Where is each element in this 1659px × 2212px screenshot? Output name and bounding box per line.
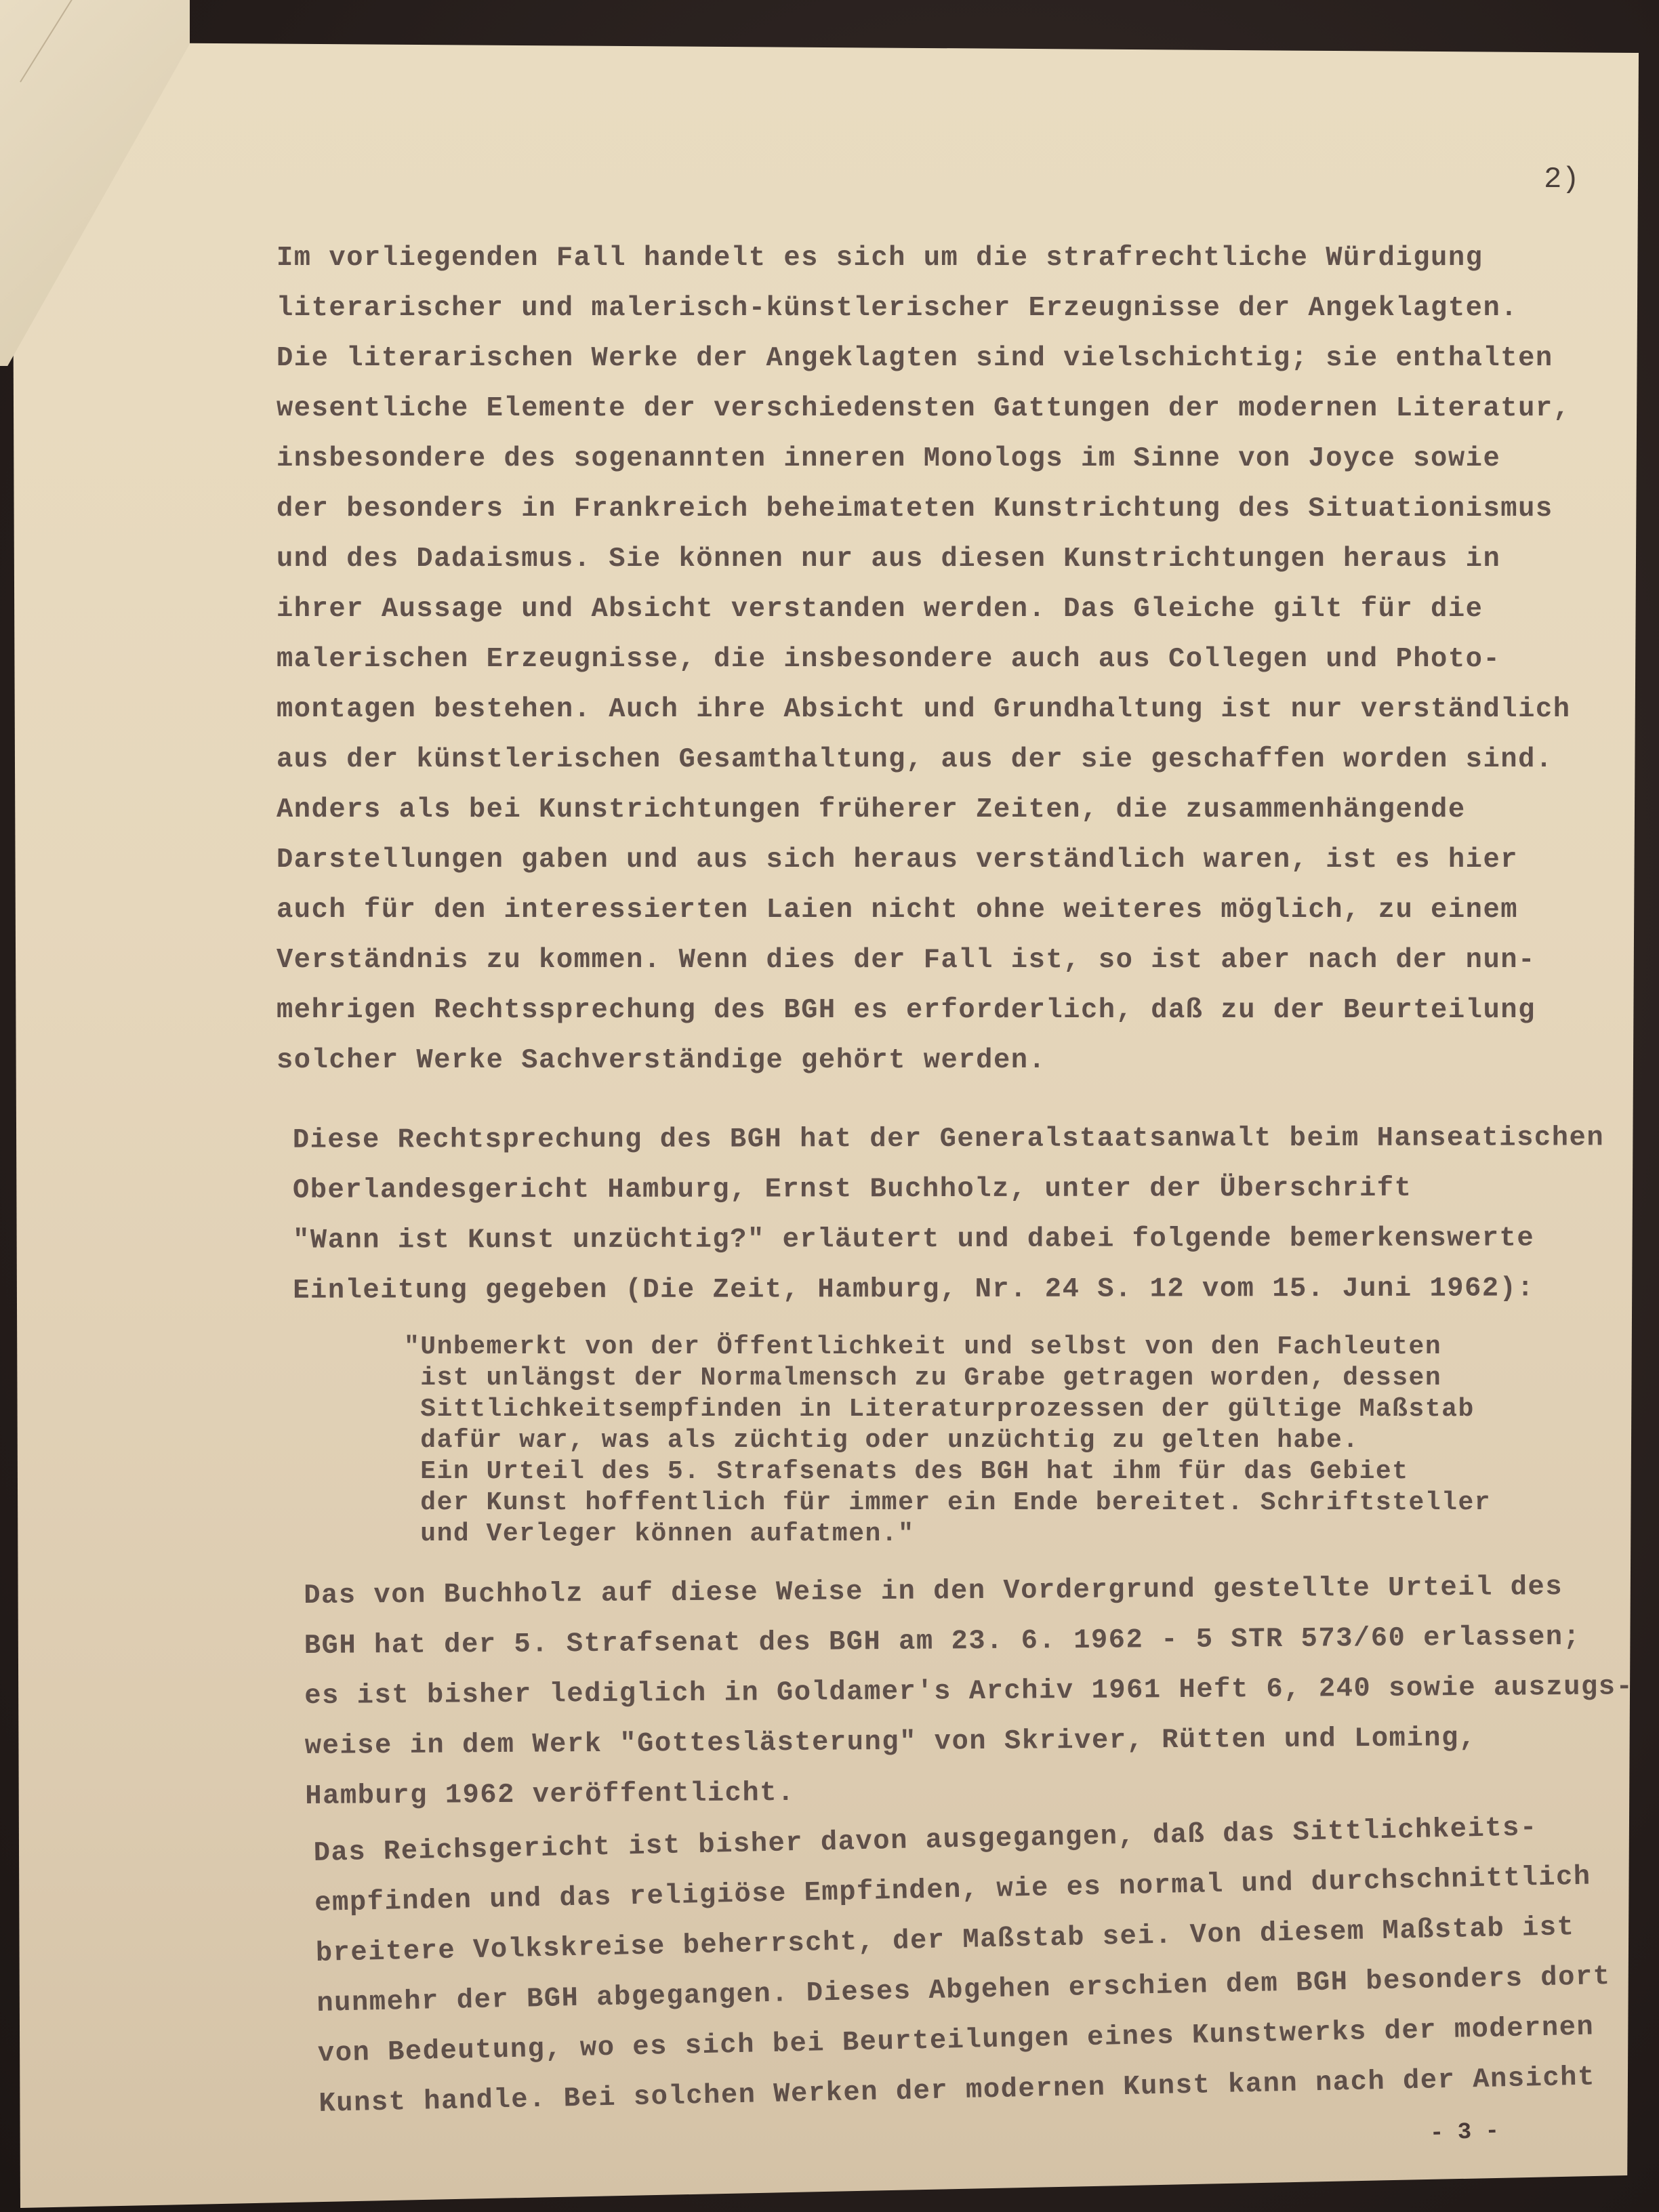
text-line: und des Dadaismus. Sie können nur aus di…	[276, 534, 1571, 584]
text-line: "Unbemerkt von der Öffentlichkeit und se…	[404, 1332, 1491, 1363]
text-line: malerischen Erzeugnisse, die insbesonder…	[276, 634, 1571, 684]
text-line: Die literarischen Werke der Angeklagten …	[276, 333, 1571, 384]
text-line: Einleitung gegeben (Die Zeit, Hamburg, N…	[293, 1263, 1604, 1315]
text-line: "Wann ist Kunst unzüchtig?" erläutert un…	[293, 1213, 1604, 1265]
paragraph-reichsgericht: Das Reichsgericht ist bisher davon ausge…	[313, 1801, 1613, 2129]
paragraph-buchholz: Diese Rechtsprechung des BGH hat der Gen…	[293, 1113, 1605, 1315]
text-line: und Verleger können aufatmen."	[404, 1519, 1491, 1550]
text-line: ist unlängst der Normalmensch zu Grabe g…	[404, 1363, 1491, 1394]
text-line: Sittlichkeitsempfinden in Literaturproze…	[404, 1394, 1491, 1425]
text-line: der besonders in Frankreich beheimateten…	[276, 484, 1571, 534]
text-line: Darstellungen gaben und aus sich heraus …	[276, 835, 1571, 885]
page-number-top: 2)	[1544, 163, 1580, 197]
paragraph-judgment: Das von Buchholz auf diese Weise in den …	[304, 1561, 1635, 1822]
text-line: wesentliche Elemente der verschiedensten…	[276, 384, 1571, 434]
text-line: ihrer Aussage und Absicht verstanden wer…	[276, 584, 1571, 634]
text-line: Verständnis zu kommen. Wenn dies der Fal…	[276, 935, 1571, 985]
text-line: mehrigen Rechtssprechung des BGH es erfo…	[276, 985, 1571, 1036]
text-line: auch für den interessierten Laien nicht …	[276, 885, 1571, 935]
text-line: solcher Werke Sachverständige gehört wer…	[276, 1036, 1571, 1086]
block-quote: "Unbemerkt von der Öffentlichkeit und se…	[404, 1332, 1491, 1550]
text-line: weise in dem Werk "Gotteslästerung" von …	[305, 1712, 1635, 1771]
paragraph-intro: Im vorliegenden Fall handelt es sich um …	[276, 233, 1571, 1086]
text-line: Das von Buchholz auf diese Weise in den …	[304, 1561, 1633, 1621]
text-line: der Kunst hoffentlich für immer ein Ende…	[404, 1488, 1491, 1519]
page-number-bottom: - 3 -	[1429, 2118, 1499, 2147]
text-line: Oberlandesgericht Hamburg, Ernst Buchhol…	[293, 1163, 1604, 1215]
text-line: Anders als bei Kunstrichtungen früherer …	[276, 785, 1571, 835]
text-line: Ein Urteil des 5. Strafsenats des BGH ha…	[404, 1456, 1491, 1488]
text-line: Diese Rechtsprechung des BGH hat der Gen…	[293, 1113, 1604, 1165]
text-line: literarischer und malerisch-künstlerisch…	[276, 283, 1571, 333]
text-line: BGH hat der 5. Strafsenat des BGH am 23.…	[304, 1612, 1634, 1671]
text-line: montagen bestehen. Auch ihre Absicht und…	[276, 684, 1571, 735]
text-line: dafür war, was als züchtig oder unzüchti…	[404, 1425, 1491, 1456]
text-line: insbesondere des sogenannten inneren Mon…	[276, 434, 1571, 484]
text-line: Im vorliegenden Fall handelt es sich um …	[276, 233, 1571, 283]
text-line: aus der künstlerischen Gesamthaltung, au…	[276, 735, 1571, 785]
text-line: es ist bisher lediglich in Goldamer's Ar…	[304, 1662, 1634, 1721]
